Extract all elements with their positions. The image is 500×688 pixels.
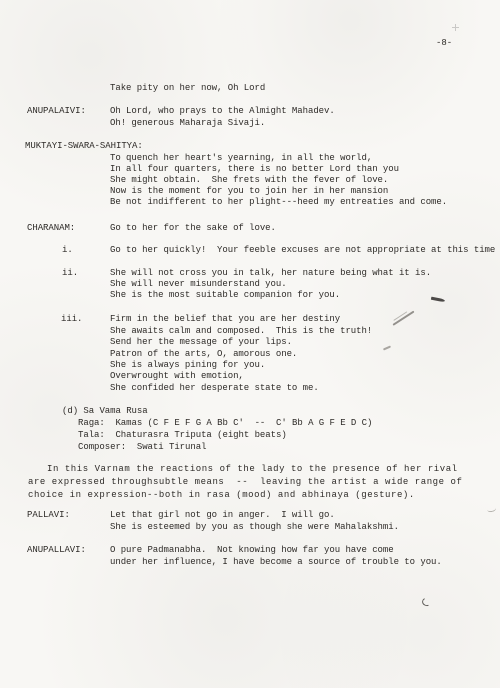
subsection-heading-d: (d) Sa Vama Rusa: [62, 406, 148, 417]
verse-line: Send her the message of your lips.: [110, 337, 292, 348]
verse-line: To quench her heart's yearning, in all t…: [110, 153, 372, 164]
verse-line: In all four quarters, there is no better…: [110, 164, 399, 175]
paragraph-line: choice in expression--both in rasa (mood…: [28, 490, 415, 501]
verse-line: She will never misunderstand you.: [110, 279, 287, 290]
verse-line: Now is the moment for you to join her in…: [110, 186, 388, 197]
raga-line: Raga: Kamas (C F E F G A Bb C' -- C' Bb …: [78, 418, 372, 429]
pen-mark-tilde: [486, 505, 496, 513]
section-label-muktayi: MUKTAYI-SWARA-SAHITYA:: [25, 141, 143, 152]
pen-mark-arrowhead: [431, 297, 445, 303]
verse-line: Oh Lord, who prays to the Almight Mahade…: [110, 106, 335, 117]
verse-line: O pure Padmanabha. Not knowing how far y…: [110, 545, 394, 556]
verse-line: Be not indifferent to her plight---heed …: [110, 197, 447, 208]
verse-line: She is esteemed by you as though she wer…: [110, 522, 399, 533]
verse-line: Overwrought with emotion,: [110, 371, 244, 382]
paragraph-line: are expressed throughsubtle means -- lea…: [28, 477, 462, 488]
scanned-document-page: -8- Take pity on her now, Oh Lord ANUPAL…: [0, 0, 500, 688]
section-label-pallavi: PALLAVI:: [27, 510, 70, 521]
item-numeral-i: i.: [62, 245, 73, 256]
section-label-charanam: CHARANAM:: [27, 223, 75, 234]
pen-mark-squiggle: [421, 597, 432, 608]
pen-mark-tiny: [383, 345, 391, 350]
verse-line: Oh! generous Maharaja Sivaji.: [110, 118, 265, 129]
verse-line: Go to her quickly! Your feeble excuses a…: [110, 245, 495, 256]
verse-line: under her influence, I have become a sou…: [110, 557, 442, 568]
item-numeral-ii: ii.: [62, 268, 78, 279]
verse-line: She confided her desperate state to me.: [110, 383, 319, 394]
section-label-anupalaivi: ANUPALAIVI:: [27, 106, 86, 117]
verse-line: Firm in the belief that you are her dest…: [110, 314, 340, 325]
verse-line: Go to her for the sake of love.: [110, 223, 276, 234]
verse-line: Let that girl not go in anger. I will go…: [110, 510, 335, 521]
paragraph-line: In this Varnam the reactions of the lady…: [47, 464, 458, 475]
verse-line: She might obtain. She frets with the fev…: [110, 175, 388, 186]
pen-mark-slash: [392, 311, 414, 326]
verse-line: She awaits calm and composed. This is th…: [110, 326, 372, 337]
scan-noise-plus-mark: [452, 24, 459, 31]
verse-line: She is the most suitable companion for y…: [110, 290, 340, 301]
section-label-anupallavi: ANUPALLAVI:: [27, 545, 86, 556]
opening-line: Take pity on her now, Oh Lord: [110, 83, 265, 94]
verse-line: Patron of the arts, O, amorous one.: [110, 349, 297, 360]
page-number: -8-: [436, 38, 452, 49]
composer-line: Composer: Swati Tirunal: [78, 442, 206, 453]
tala-line: Tala: Chaturasra Triputa (eight beats): [78, 430, 287, 441]
verse-line: She is always pining for you.: [110, 360, 265, 371]
verse-line: She will not cross you in talk, her natu…: [110, 268, 431, 279]
item-numeral-iii: iii.: [61, 314, 82, 325]
